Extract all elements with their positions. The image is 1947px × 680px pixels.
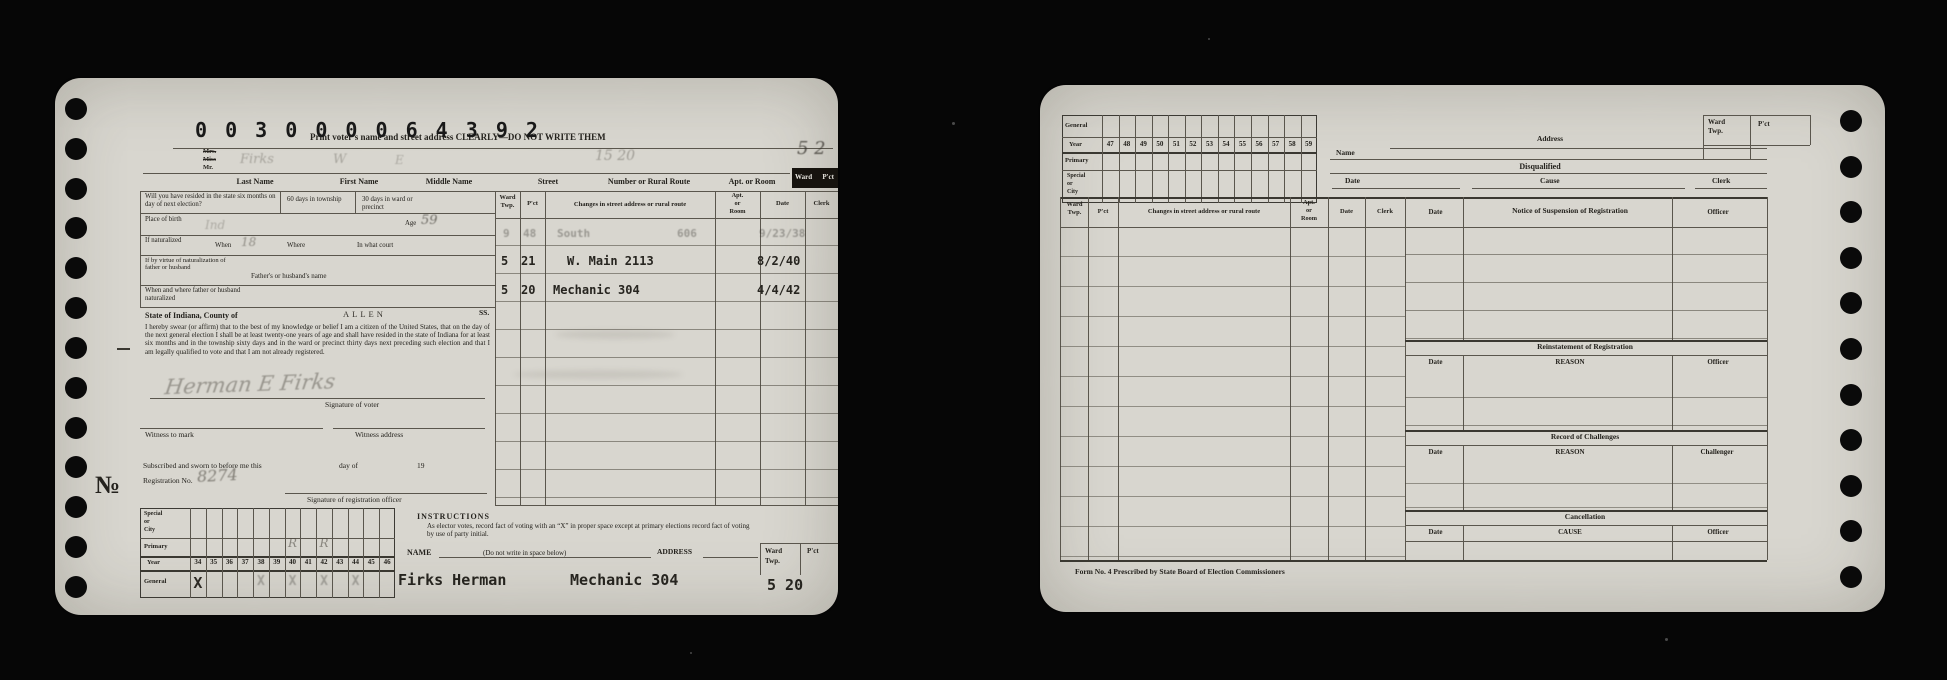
handwritten-middle-initial: W bbox=[333, 152, 346, 167]
punch-hole bbox=[65, 178, 87, 200]
th-ward-twp: Ward Twp. bbox=[1061, 201, 1088, 218]
field-when: When bbox=[215, 242, 231, 250]
rule bbox=[439, 557, 651, 558]
label-day-of: day of bbox=[339, 462, 358, 471]
grid-cell: 51 bbox=[1168, 140, 1185, 152]
grid-cell bbox=[222, 574, 238, 596]
punch-hole bbox=[1840, 110, 1862, 132]
punch-hole bbox=[1840, 201, 1862, 223]
th-apt-l3: Room bbox=[729, 208, 745, 215]
label-number-rural-route: Number or Rural Route bbox=[587, 177, 711, 186]
th-apt-l1: Apt. bbox=[1303, 199, 1315, 206]
footer-ward: Ward bbox=[765, 547, 782, 555]
handwritten-initial: E bbox=[395, 153, 404, 167]
rule bbox=[1102, 115, 1103, 203]
punch-hole bbox=[65, 576, 87, 598]
rule bbox=[1703, 145, 1810, 146]
grid-cell: 46 bbox=[379, 558, 395, 570]
grid-cell: 41 bbox=[300, 558, 316, 570]
th-twp: Twp. bbox=[501, 202, 515, 209]
label-signature-officer: Signature of registration officer bbox=[307, 496, 402, 505]
rule bbox=[1405, 445, 1767, 446]
punch-hole bbox=[1840, 384, 1862, 406]
punch-hole bbox=[1840, 247, 1862, 269]
cancellation-date: Date bbox=[1408, 528, 1463, 536]
grid-cell: X bbox=[316, 574, 332, 596]
grid-cell: 59 bbox=[1300, 140, 1317, 152]
grid-cell bbox=[269, 574, 285, 596]
punch-hole bbox=[65, 217, 87, 239]
grid-cell bbox=[300, 536, 316, 556]
film-speck bbox=[690, 652, 692, 654]
row-date: 8/2/40 bbox=[757, 254, 800, 268]
corner-pct-label: P'ct bbox=[1758, 120, 1770, 128]
field-state-county: State of Indiana, County of bbox=[145, 311, 238, 320]
th-changes: Changes in street address or rural route bbox=[546, 201, 714, 209]
grid-cell bbox=[363, 536, 379, 556]
corner-pct-label: P'ct bbox=[822, 173, 834, 181]
field-resided: Will you have resided in the state six m… bbox=[145, 193, 277, 209]
th-apt-l2: or bbox=[735, 200, 741, 207]
rule bbox=[143, 173, 790, 174]
rule bbox=[1463, 525, 1464, 560]
punch-hole bbox=[65, 98, 87, 120]
punch-hole bbox=[1840, 566, 1862, 588]
punch-hole bbox=[65, 496, 87, 518]
rule bbox=[333, 428, 485, 429]
label-address: Address bbox=[1495, 135, 1605, 144]
footer-pct-label: P'ct bbox=[807, 547, 819, 555]
cancellation-officer: Officer bbox=[1678, 528, 1758, 536]
label-name: Name bbox=[1336, 149, 1355, 158]
punch-hole bbox=[65, 417, 87, 439]
rule bbox=[1062, 152, 1317, 154]
row-ward: 9 bbox=[503, 227, 510, 240]
rule bbox=[1062, 170, 1317, 171]
punch-hole bbox=[65, 297, 87, 319]
handwritten-birthplace: Ind bbox=[205, 218, 225, 232]
rule bbox=[1060, 560, 1767, 562]
film-speck bbox=[1665, 638, 1668, 641]
grid-cell: 55 bbox=[1234, 140, 1251, 152]
th-apt-l3: Room bbox=[1301, 215, 1317, 222]
grid-cell bbox=[348, 536, 364, 556]
rule bbox=[173, 148, 833, 149]
label-street: Street bbox=[521, 177, 575, 186]
reinstatement-date: Date bbox=[1408, 358, 1463, 366]
rule bbox=[140, 255, 495, 256]
grid-cell: 36 bbox=[222, 558, 238, 570]
rule bbox=[1218, 115, 1219, 203]
cancellation-title: Cancellation bbox=[1470, 513, 1700, 522]
voting-grid bbox=[1062, 115, 1317, 203]
voter-registration-card-front: Print voter's name and street address CL… bbox=[55, 78, 838, 615]
label-last-name: Last Name bbox=[215, 177, 295, 186]
label-first-name: First Name bbox=[323, 177, 395, 186]
rule bbox=[1330, 173, 1767, 174]
th-apt: Apt. or Room bbox=[715, 192, 760, 216]
punch-hole bbox=[65, 257, 87, 279]
grid-cell bbox=[379, 574, 395, 596]
grid-cell bbox=[253, 536, 269, 556]
grid-row-general: General bbox=[144, 578, 166, 585]
grid-cell: X bbox=[348, 574, 364, 596]
grid-row-special-l1: Special bbox=[1067, 173, 1085, 179]
field-sixty-days: 60 days in township bbox=[287, 196, 342, 204]
challenges-title: Record of Challenges bbox=[1470, 433, 1700, 442]
instructions-title: INSTRUCTIONS bbox=[417, 512, 490, 521]
film-speck bbox=[1208, 38, 1210, 40]
row-number: 606 bbox=[677, 227, 697, 240]
grid-cell bbox=[332, 536, 348, 556]
grid-cell: 44 bbox=[348, 558, 364, 570]
label-cause: Cause bbox=[1540, 177, 1560, 186]
grid-cell bbox=[206, 574, 222, 596]
rule bbox=[800, 543, 801, 575]
rule bbox=[280, 191, 281, 213]
grid-cell: 40 bbox=[285, 558, 301, 570]
salutation-mrs: Mrs. bbox=[203, 148, 216, 155]
challenges-reason: REASON bbox=[1500, 448, 1640, 456]
field-when-where-father: When and where father or husband natural… bbox=[145, 287, 263, 303]
footer-ward-label: Ward Twp. bbox=[765, 547, 782, 567]
label-witness-to-mark: Witness to mark bbox=[145, 431, 194, 440]
handwritten-ward-pct: 5 2 bbox=[797, 138, 826, 159]
label-do-not-write: (Do not write in space below) bbox=[483, 549, 566, 557]
punch-hole bbox=[65, 337, 87, 359]
label-witness-address: Witness address bbox=[355, 431, 403, 440]
salutation-mr: Mr. bbox=[203, 164, 213, 171]
handwritten-number: 15 20 bbox=[595, 148, 635, 164]
punch-holes-left bbox=[65, 98, 93, 598]
grid-cell: 56 bbox=[1251, 140, 1268, 152]
grid-row-special-l2: or bbox=[1067, 181, 1073, 187]
grid-cell: 54 bbox=[1218, 140, 1235, 152]
th-twp: Twp. bbox=[1068, 209, 1082, 216]
typed-ward-pct: 5 20 bbox=[767, 576, 803, 594]
field-ss: SS. bbox=[479, 309, 489, 318]
grid-row-primary: Primary bbox=[144, 543, 167, 550]
typed-voter-name: Firks Herman bbox=[398, 571, 506, 589]
grid-cell: X bbox=[253, 574, 269, 596]
handwritten-last-name: Firks bbox=[240, 152, 274, 167]
th-apt-l2: or bbox=[1306, 207, 1312, 214]
handwritten-registration-no: 8274 bbox=[197, 465, 239, 486]
reinstatement-reason: REASON bbox=[1500, 358, 1640, 366]
label-name: NAME bbox=[407, 548, 431, 557]
voter-signature: Herman E Firks bbox=[163, 369, 337, 399]
challenges-challenger: Challenger bbox=[1672, 448, 1762, 456]
suspension-title: Notice of Suspension of Registration bbox=[1470, 207, 1670, 216]
handwritten-age: 59 bbox=[421, 213, 438, 228]
grid-cell: 34 bbox=[190, 558, 206, 570]
rule bbox=[140, 307, 495, 308]
label-address: ADDRESS bbox=[657, 548, 692, 557]
film-speck bbox=[952, 122, 955, 125]
margin-dash bbox=[117, 348, 130, 350]
row-street: South bbox=[557, 227, 590, 240]
punch-hole bbox=[65, 456, 87, 478]
county-value: ALLEN bbox=[343, 310, 386, 320]
grid-cell: 45 bbox=[363, 558, 379, 570]
rule bbox=[1767, 197, 1768, 560]
th-pct: P'ct bbox=[1088, 208, 1118, 215]
grid-years: 34353637383940414243444546 bbox=[190, 558, 395, 570]
grid-row-year: Year bbox=[1069, 141, 1082, 148]
section-row-rules bbox=[1405, 370, 1767, 430]
rule bbox=[1185, 115, 1186, 203]
affidavit-text: I hereby swear (or affirm) that to the b… bbox=[145, 323, 490, 356]
no-symbol: № bbox=[95, 472, 120, 501]
corner-ward: Ward bbox=[1708, 118, 1725, 126]
corner-ward-label: Ward bbox=[795, 173, 812, 181]
grid-general-marks-faint: XXXX bbox=[190, 574, 395, 596]
row-pct: 21 bbox=[521, 254, 535, 268]
rule bbox=[140, 213, 495, 214]
grid-cell: 50 bbox=[1152, 140, 1169, 152]
row-ward: 5 bbox=[501, 283, 508, 297]
footer-twp: Twp. bbox=[765, 557, 780, 565]
grid-cell: 58 bbox=[1284, 140, 1301, 152]
rule bbox=[1330, 159, 1767, 160]
rule bbox=[140, 285, 495, 286]
rule bbox=[1750, 115, 1751, 159]
label-disqualified: Disqualified bbox=[1470, 162, 1610, 171]
rule bbox=[1119, 115, 1120, 203]
grid-cell bbox=[332, 574, 348, 596]
grid-row-special: Special or City bbox=[144, 511, 162, 534]
reinstatement-officer: Officer bbox=[1678, 358, 1758, 366]
rule bbox=[1810, 115, 1811, 145]
grid-years: 47484950515253545556575859 bbox=[1102, 140, 1317, 152]
th-ward-twp: Ward Twp. bbox=[496, 194, 519, 211]
th-changes: Changes in street address or rural route bbox=[1120, 208, 1288, 216]
rule bbox=[1332, 188, 1460, 189]
salutation-miss: Miss bbox=[203, 156, 216, 163]
grid-cell: 38 bbox=[253, 558, 269, 570]
rule bbox=[1062, 137, 1317, 138]
rule bbox=[1390, 148, 1767, 149]
th-date: Date bbox=[760, 200, 805, 207]
rule bbox=[495, 505, 838, 506]
punch-hole bbox=[1840, 520, 1862, 542]
label-middle-name: Middle Name bbox=[407, 177, 491, 186]
grid-cell bbox=[300, 574, 316, 596]
th-clerk: Clerk bbox=[805, 200, 838, 207]
punch-hole bbox=[1840, 429, 1862, 451]
grid-cell: 39 bbox=[269, 558, 285, 570]
suspension-date: Date bbox=[1408, 208, 1463, 216]
grid-cell: 43 bbox=[332, 558, 348, 570]
punch-holes-right bbox=[1840, 110, 1868, 588]
rule bbox=[1251, 115, 1252, 203]
row-street: Mechanic 304 bbox=[553, 283, 640, 297]
grid-cell bbox=[206, 536, 222, 556]
rule bbox=[703, 557, 758, 558]
rule bbox=[1695, 188, 1767, 189]
rule bbox=[355, 191, 356, 213]
grid-row-special-l3: City bbox=[1067, 189, 1078, 195]
section-row-rules bbox=[1405, 460, 1767, 510]
pencil-smudge bbox=[555, 330, 675, 339]
row-pct: 20 bbox=[521, 283, 535, 297]
row-ward: 5 bbox=[501, 254, 508, 268]
grid-cell bbox=[222, 536, 238, 556]
grid-cell bbox=[379, 536, 395, 556]
cancellation-cause: CAUSE bbox=[1500, 528, 1640, 536]
th-clerk: Clerk bbox=[1365, 208, 1405, 215]
suspension-officer: Officer bbox=[1678, 208, 1758, 216]
field-court: In what court bbox=[357, 242, 393, 250]
field-place-of-birth: Place of birth bbox=[145, 216, 187, 224]
handwritten-when: 18 bbox=[241, 235, 256, 249]
row-pct: 48 bbox=[523, 227, 536, 240]
punch-hole bbox=[65, 138, 87, 160]
grid-cell: 35 bbox=[206, 558, 222, 570]
field-father-name: Father's or husband's name bbox=[251, 272, 326, 280]
voter-registration-card-back: General Year Primary Special or City 474… bbox=[1040, 85, 1885, 612]
rule bbox=[1472, 188, 1685, 189]
rule bbox=[1152, 115, 1153, 203]
rule bbox=[140, 191, 141, 307]
th-ward: Ward bbox=[1067, 201, 1083, 208]
grid-row-special-l1: Special bbox=[144, 511, 162, 517]
stamp-number: 0 0 3 0 0 0 0 6 4 3 9 2 bbox=[195, 118, 541, 142]
grid-cell bbox=[190, 574, 206, 596]
label-date: Date bbox=[1345, 177, 1360, 186]
rule bbox=[285, 493, 487, 494]
grid-primary-marks: RR bbox=[190, 536, 395, 556]
rule bbox=[1405, 525, 1767, 526]
rule bbox=[140, 570, 395, 572]
grid-cell: 53 bbox=[1201, 140, 1218, 152]
rule bbox=[1234, 115, 1235, 203]
grid-cell bbox=[269, 536, 285, 556]
rule bbox=[1201, 115, 1202, 203]
label-signature-of-voter: Signature of voter bbox=[325, 401, 379, 410]
punch-hole bbox=[1840, 338, 1862, 360]
grid-cell: 48 bbox=[1119, 140, 1136, 152]
grid-cell: 52 bbox=[1185, 140, 1202, 152]
field-where: Where bbox=[287, 242, 305, 250]
row-street: W. Main 2113 bbox=[567, 254, 654, 268]
punch-hole bbox=[1840, 475, 1862, 497]
corner-ward-label: Ward Twp. bbox=[1708, 118, 1725, 137]
grid-cell bbox=[190, 536, 206, 556]
label-clerk: Clerk bbox=[1712, 177, 1730, 186]
section-row-rules bbox=[1405, 227, 1767, 340]
rule bbox=[140, 235, 495, 236]
label-registration-no: Registration No. bbox=[143, 477, 193, 486]
grid-cell bbox=[237, 574, 253, 596]
grid-row-special-l3: City bbox=[144, 527, 155, 533]
grid-cell: 57 bbox=[1267, 140, 1284, 152]
grid-cell: 37 bbox=[237, 558, 253, 570]
rule bbox=[1168, 115, 1169, 203]
punch-hole bbox=[65, 377, 87, 399]
grid-row-year: Year bbox=[147, 559, 160, 566]
rule bbox=[760, 543, 761, 575]
grid-row-special-l2: or bbox=[144, 519, 150, 525]
rule bbox=[1284, 115, 1285, 203]
rule bbox=[1703, 115, 1704, 159]
th-pct: P'ct bbox=[520, 200, 545, 207]
rule bbox=[1060, 197, 1767, 199]
field-by-virtue: If by virtue of naturalization of father… bbox=[145, 257, 241, 272]
punch-hole bbox=[1840, 156, 1862, 178]
table-row-rules bbox=[1060, 227, 1405, 560]
grid-cell bbox=[363, 574, 379, 596]
rule bbox=[1405, 355, 1767, 356]
rule bbox=[150, 398, 485, 399]
rule bbox=[1268, 115, 1269, 203]
grid-cell: X bbox=[285, 574, 301, 596]
th-apt-l1: Apt. bbox=[732, 192, 744, 199]
reinstatement-title: Reinstatement of Registration bbox=[1470, 343, 1700, 352]
punch-hole bbox=[1840, 292, 1862, 314]
th-apt: Apt. or Room bbox=[1290, 199, 1328, 223]
form-footer: Form No. 4 Prescribed by State Board of … bbox=[1075, 568, 1285, 577]
challenges-date: Date bbox=[1408, 448, 1463, 456]
punch-hole bbox=[65, 536, 87, 558]
corner-ward-pct-box: Ward P'ct bbox=[792, 168, 838, 188]
grid-cell: R bbox=[285, 536, 301, 556]
rule bbox=[760, 543, 838, 544]
rule bbox=[1135, 115, 1136, 203]
typed-voter-address: Mechanic 304 bbox=[570, 571, 678, 589]
grid-cell bbox=[237, 536, 253, 556]
rule bbox=[1703, 115, 1810, 116]
grid-cell: R bbox=[316, 536, 332, 556]
pencil-smudge bbox=[513, 370, 683, 379]
rule bbox=[1672, 525, 1673, 560]
field-if-naturalized: If naturalized bbox=[145, 237, 193, 245]
instructions-body: As elector votes, record fact of voting … bbox=[427, 522, 757, 538]
field-age: Age bbox=[405, 220, 416, 228]
grid-cell: 47 bbox=[1102, 140, 1119, 152]
rule bbox=[140, 428, 323, 429]
row-date: 9/23/38 bbox=[759, 227, 805, 240]
label-nineteen: 19 bbox=[417, 462, 425, 471]
field-thirty-days: 30 days in ward or precinct bbox=[362, 196, 436, 212]
rule bbox=[1405, 541, 1767, 542]
grid-row-special: Special or City bbox=[1067, 173, 1085, 196]
rule bbox=[1301, 115, 1302, 203]
th-ward: Ward bbox=[500, 194, 516, 201]
grid-cell: 49 bbox=[1135, 140, 1152, 152]
grid-row-general: General bbox=[1065, 122, 1087, 129]
grid-row-primary: Primary bbox=[1065, 157, 1088, 164]
th-date: Date bbox=[1328, 208, 1365, 215]
row-date: 4/4/42 bbox=[757, 283, 800, 297]
label-apt-room: Apt. or Room bbox=[718, 177, 786, 186]
grid-cell: 42 bbox=[316, 558, 332, 570]
corner-twp: Twp. bbox=[1708, 127, 1723, 135]
